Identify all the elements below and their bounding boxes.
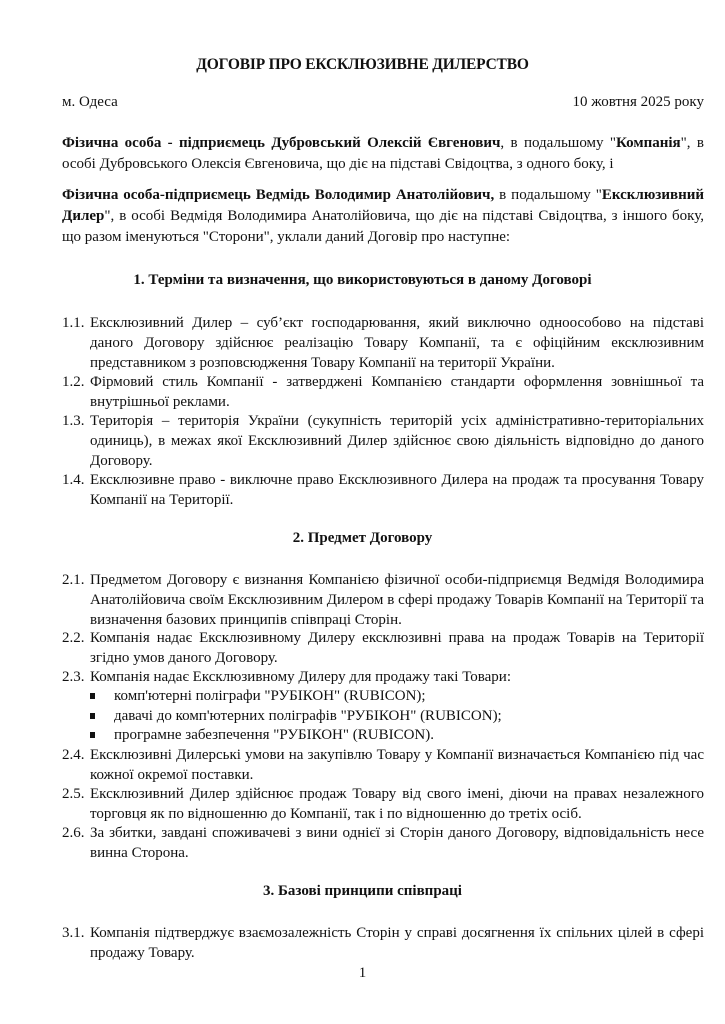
clause-text: Ексклюзивне право - виключне право Екскл… [90, 470, 704, 510]
clause-2-6: 2.6. За збитки, завдані споживачеві з ви… [62, 823, 704, 863]
clause-text: Територія – територія України (сукупніст… [90, 411, 704, 471]
clause-number: 2.4. [62, 745, 85, 765]
clause-1-3: 1.3. Територія – територія України (суку… [62, 411, 704, 471]
clause-number: 2.6. [62, 823, 85, 843]
clause-1-4: 1.4. Ексклюзивне право - виключне право … [62, 470, 704, 510]
section-heading-2: 2. Предмет Договору [0, 530, 725, 547]
clause-text: Компанія надає Ексклюзивному Дилеру для … [90, 667, 704, 687]
clause-number: 2.1. [62, 570, 85, 590]
party-company-paragraph: Фізична особа - підприємець Дубровський … [62, 133, 704, 175]
clause-3-1: 3.1. Компанія підтверджує взаємозалежніс… [62, 923, 704, 963]
document-page: ДОГОВІР ПРО ЕКСКЛЮЗИВНЕ ДИЛЕРСТВО м. Оде… [0, 0, 725, 1024]
clause-text: Компанія підтверджує взаємозалежність Ст… [90, 923, 704, 963]
contract-place: м. Одеса [62, 94, 118, 111]
party-dealer-text-2: ", в особі Ведмідя Володимира Анатолійов… [62, 208, 704, 245]
section-heading-3: 3. Базові принципи співпраці [0, 883, 725, 900]
party-company-text: , в подальшому " [500, 135, 616, 151]
page-number: 1 [0, 965, 725, 982]
contract-date: 10 жовтня 2025 року [572, 94, 704, 111]
party-company-role: Компанія [616, 135, 681, 151]
clause-1-2: 1.2. Фірмовий стиль Компанії - затвердже… [62, 372, 704, 412]
section-heading-1: 1. Терміни та визначення, що використову… [0, 272, 725, 289]
clause-number: 1.1. [62, 313, 85, 333]
party-dealer-paragraph: Фізична особа-підприємець Ведмідь Володи… [62, 185, 704, 248]
party-dealer-text: в подальшому " [494, 187, 602, 203]
clause-2-1: 2.1. Предметом Договору є визнання Компа… [62, 570, 704, 630]
clause-text: Предметом Договору є визнання Компанією … [90, 570, 704, 630]
clause-number: 2.2. [62, 628, 85, 648]
party-company-name: Фізична особа - підприємець Дубровський … [62, 135, 500, 151]
clause-text: За збитки, завдані споживачеві з вини од… [90, 823, 704, 863]
clause-text: Компанія надає Ексклюзивному Дилеру екск… [90, 628, 704, 668]
clause-text: Ексклюзивні Дилерські умови на закупівлю… [90, 745, 704, 785]
clause-text: Фірмовий стиль Компанії - затверджені Ко… [90, 372, 704, 412]
bullet-square-icon [90, 732, 95, 738]
clause-number: 1.4. [62, 470, 85, 490]
party-dealer-name: Фізична особа-підприємець Ведмідь Володи… [62, 187, 494, 203]
bullet-square-icon [90, 693, 95, 699]
product-text: комп'ютерні поліграфи "РУБІКОН" (RUBICON… [114, 686, 690, 706]
clause-2-5: 2.5. Ексклюзивний Дилер здійснює продаж … [62, 784, 704, 824]
product-text: програмне забезпечення "РУБІКОН" (RUBICO… [114, 725, 690, 745]
clause-number: 1.2. [62, 372, 85, 392]
clause-number: 2.3. [62, 667, 85, 687]
document-title: ДОГОВІР ПРО ЕКСКЛЮЗИВНЕ ДИЛЕРСТВО [0, 56, 725, 74]
product-bullet: комп'ютерні поліграфи "РУБІКОН" (RUBICON… [90, 686, 690, 706]
clause-number: 2.5. [62, 784, 85, 804]
clause-2-2: 2.2. Компанія надає Ексклюзивному Дилеру… [62, 628, 704, 668]
bullet-square-icon [90, 713, 95, 719]
clause-1-1: 1.1. Ексклюзивний Дилер – суб’єкт господ… [62, 313, 704, 373]
clause-number: 1.3. [62, 411, 85, 431]
clause-number: 3.1. [62, 923, 85, 943]
product-bullet: програмне забезпечення "РУБІКОН" (RUBICO… [90, 725, 690, 745]
product-text: давачі до комп'ютерних поліграфів "РУБІК… [114, 706, 690, 726]
clause-2-3: 2.3. Компанія надає Ексклюзивному Дилеру… [62, 667, 704, 687]
clause-2-4: 2.4. Ексклюзивні Дилерські умови на заку… [62, 745, 704, 785]
clause-text: Ексклюзивний Дилер здійснює продаж Товар… [90, 784, 704, 824]
clause-text: Ексклюзивний Дилер – суб’єкт господарюва… [90, 313, 704, 373]
product-bullet: давачі до комп'ютерних поліграфів "РУБІК… [90, 706, 690, 726]
